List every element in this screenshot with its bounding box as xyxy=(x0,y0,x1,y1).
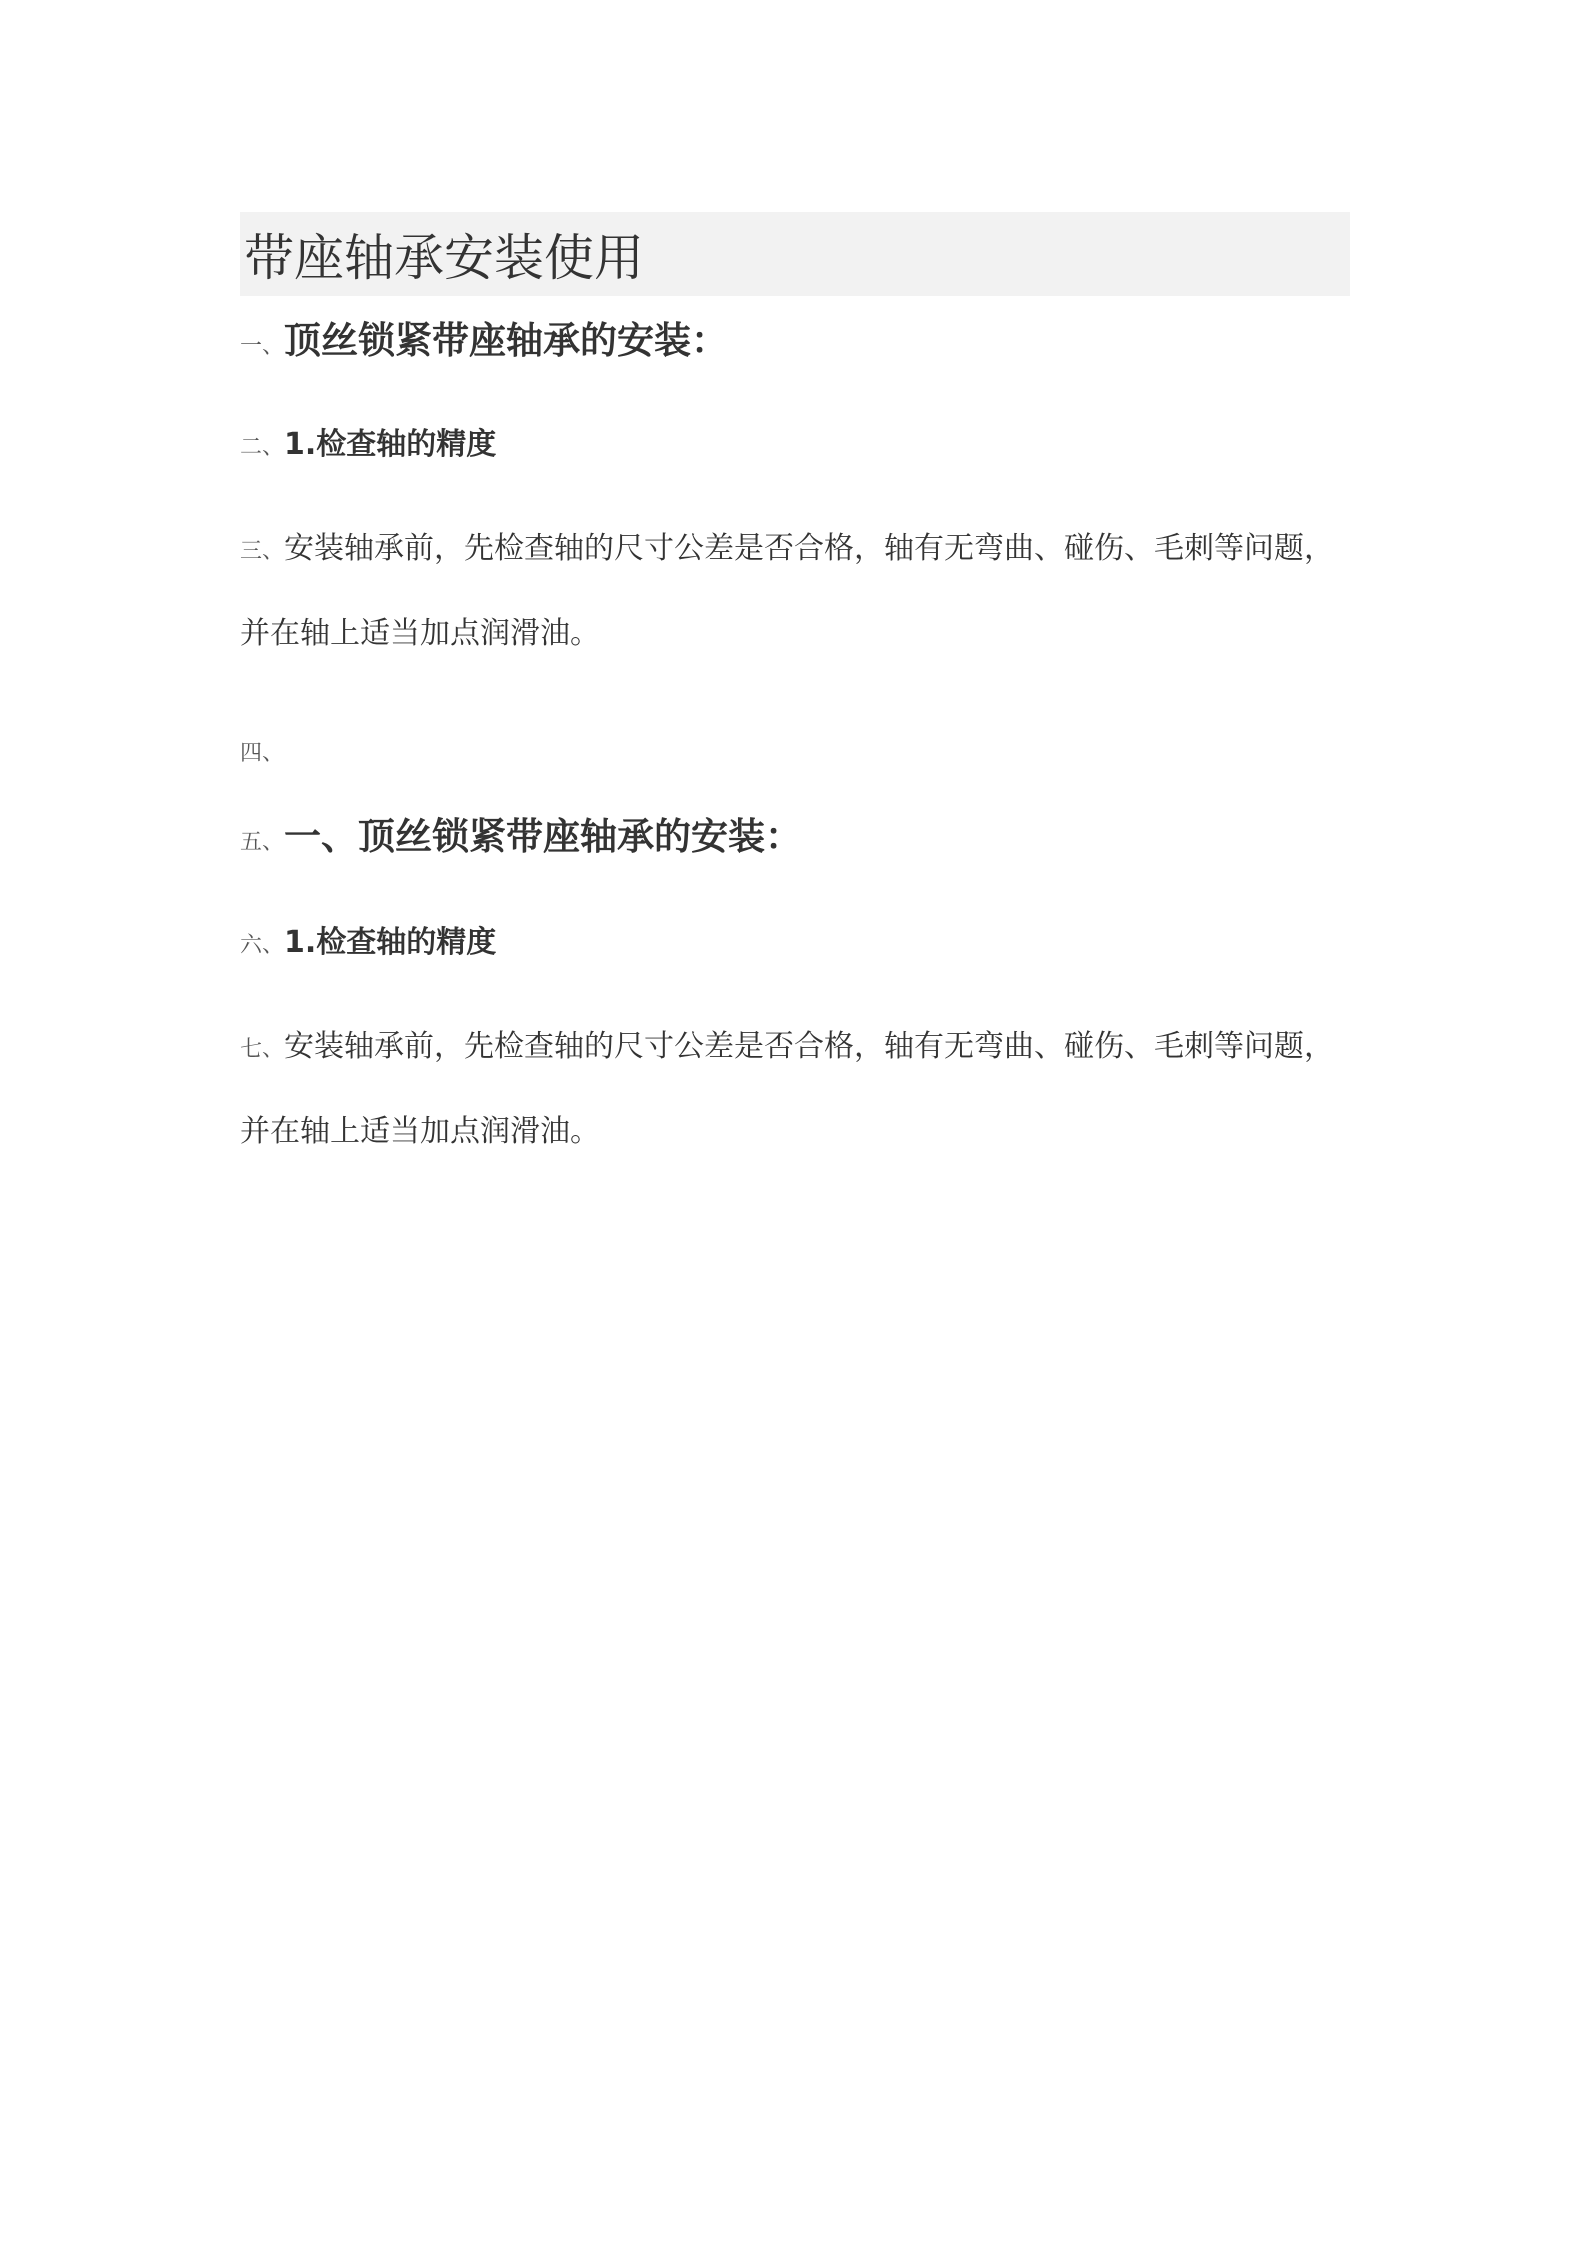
section-heading: 一、顶丝锁紧带座轴承的安装： xyxy=(284,815,802,858)
body-text: 安装轴承前，先检查轴的尺寸公差是否合格，轴有无弯曲、碰伤、毛刺等问题，并在轴上适… xyxy=(240,1029,1334,1149)
subsection-heading: 1.检查轴的精度 xyxy=(284,925,496,960)
list-marker: 三、 xyxy=(240,539,284,564)
paragraph-7: 七、安装轴承前，先检查轴的尺寸公差是否合格，轴有无弯曲、碰伤、毛刺等问题，并在轴… xyxy=(240,1006,1350,1173)
list-marker: 四、 xyxy=(240,741,284,766)
paragraph-1: 一、顶丝锁紧带座轴承的安装： xyxy=(240,310,1350,364)
list-marker: 七、 xyxy=(240,1037,284,1062)
title-box: 带座轴承安装使用 xyxy=(240,212,1350,296)
paragraph-6: 六、1.检查轴的精度 xyxy=(240,917,1350,961)
list-marker: 二、 xyxy=(240,435,284,460)
paragraph-4: 四、 xyxy=(240,736,1350,767)
list-marker: 五、 xyxy=(240,830,284,855)
document-title: 带座轴承安装使用 xyxy=(244,218,644,290)
list-marker: 六、 xyxy=(240,933,284,958)
paragraph-3: 三、安装轴承前，先检查轴的尺寸公差是否合格，轴有无弯曲、碰伤、毛刺等问题，并在轴… xyxy=(240,508,1350,675)
section-heading: 顶丝锁紧带座轴承的安装： xyxy=(284,319,728,362)
paragraph-5: 五、一、顶丝锁紧带座轴承的安装： xyxy=(240,806,1350,860)
document-page: 带座轴承安装使用 一、顶丝锁紧带座轴承的安装： 二、1.检查轴的精度 三、安装轴… xyxy=(240,212,1350,296)
list-marker: 一、 xyxy=(240,334,284,359)
paragraph-2: 二、1.检查轴的精度 xyxy=(240,419,1350,463)
body-text: 安装轴承前，先检查轴的尺寸公差是否合格，轴有无弯曲、碰伤、毛刺等问题，并在轴上适… xyxy=(240,531,1334,651)
subsection-heading: 1.检查轴的精度 xyxy=(284,427,496,462)
